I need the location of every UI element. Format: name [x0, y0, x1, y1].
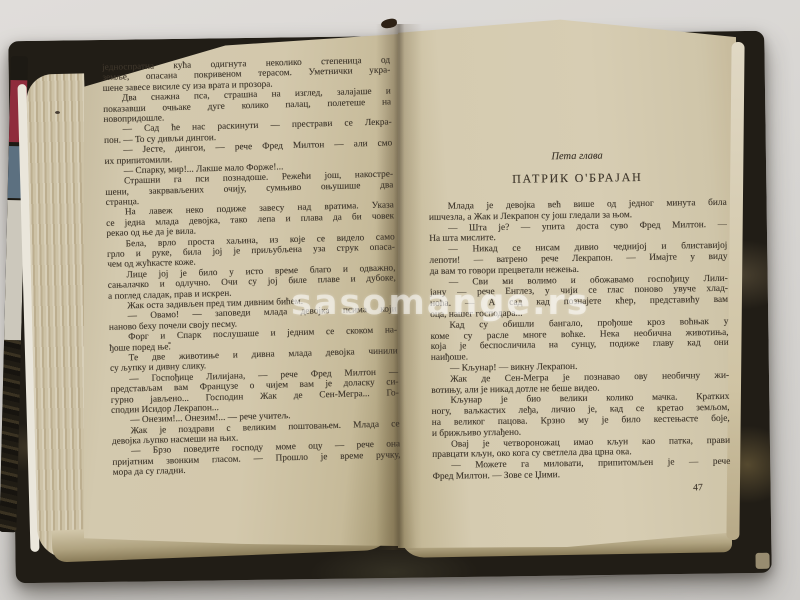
dust-speck — [55, 111, 60, 114]
marketplace-watermark: sasomange.rs — [291, 283, 590, 323]
chapter-title: ПАТРИК О'БРАЈАН — [428, 169, 726, 188]
photo-open-book: једноспратна кућа одигнута неколико степ… — [0, 0, 800, 600]
left-page-text: једноспратна кућа одигнута неколико степ… — [102, 55, 401, 478]
right-page-body: Млада је девојка већ више од једног мину… — [429, 198, 731, 483]
dust-speck — [168, 342, 171, 344]
cover-corner-wear — [755, 553, 769, 569]
chapter-label: Пета глава — [428, 148, 726, 165]
